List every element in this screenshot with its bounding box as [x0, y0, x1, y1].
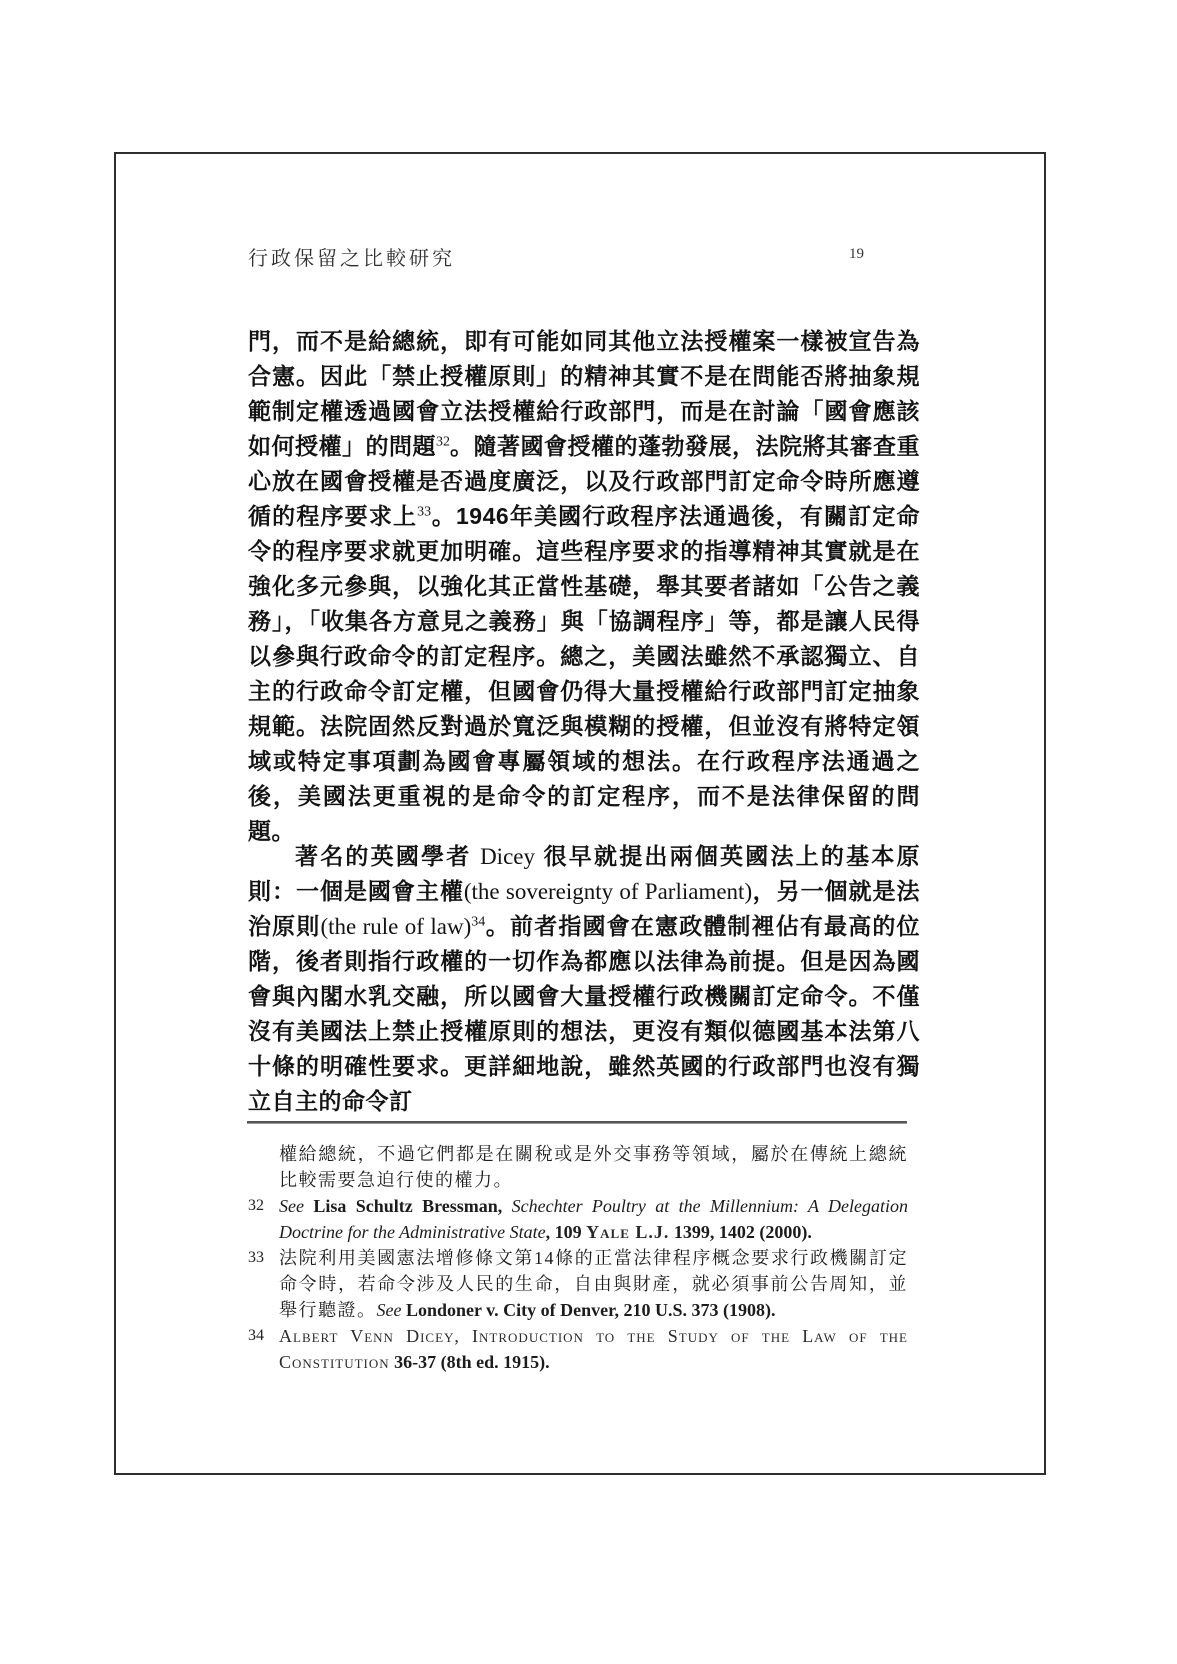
- footnote-34-number: 34: [248, 1323, 264, 1349]
- footnote-32-author: Lisa Schultz Bressman,: [304, 1196, 512, 1216]
- footnote-separator-rule: [247, 1121, 907, 1124]
- body-paragraph-1: 門，而不是給總統，即有可能如同其他立法授權案一樣被宣告為合憲。因此「禁止授權原則…: [248, 324, 920, 849]
- footnote-ref-33: 33: [417, 504, 431, 519]
- footnote-33-signal: See: [377, 1300, 402, 1320]
- footnote-32-citation: 1399, 1402 (2000).: [669, 1222, 812, 1242]
- latin-term-rule-of-law: (the rule of law): [320, 914, 471, 939]
- footnote-ref-32: 32: [436, 434, 450, 449]
- latin-term-dicey: Dicey: [480, 844, 535, 869]
- footnote-ref-34: 34: [471, 914, 485, 929]
- paragraph-2-text: 著名的英國學者: [295, 843, 480, 869]
- footnote-32-citation: , 109: [546, 1222, 587, 1242]
- footnote-34-pages: 36-37 (8th ed. 1915).: [390, 1352, 550, 1372]
- footnote-32-signal: See: [279, 1196, 304, 1216]
- latin-term-sovereignty: (the sovereignty of Parliament): [464, 879, 752, 904]
- footnote-33-number: 33: [248, 1245, 264, 1271]
- footnote-continuation-text: 權給總統，不過它們都是在關稅或是外交事務等領域，屬於在傳統上總統比較需要急迫行使…: [279, 1144, 908, 1190]
- document-page: 行政保留之比較研究 19 門，而不是給總統，即有可能如同其他立法授權案一樣被宣告…: [0, 0, 1177, 1664]
- running-header-title: 行政保留之比較研究: [248, 242, 455, 271]
- paragraph-2-text: 。前者指國會在憲政體制裡佔有最高的位階，後者則指行政權的一切作為都應以法律為前提…: [248, 913, 920, 1114]
- footnote-continuation: 權給總統，不過它們都是在關稅或是外交事務等領域，屬於在傳統上總統比較需要急迫行使…: [279, 1141, 908, 1193]
- page-number: 19: [849, 246, 864, 263]
- footnote-34-smallcaps-citation: Albert Venn Dicey, Introduction to the S…: [279, 1326, 908, 1372]
- footnote-32-reporter: Yale L.J.: [586, 1222, 669, 1242]
- footnote-32: 32 See Lisa Schultz Bressman, Schechter …: [279, 1193, 908, 1245]
- footnote-34: 34 Albert Venn Dicey, Introduction to th…: [279, 1323, 908, 1375]
- footnote-32-number: 32: [248, 1193, 264, 1219]
- paragraph-1-text: 。1946年美國行政程序法通過後，有關訂定命令的程序要求就更加明確。這些程序要求…: [248, 503, 920, 844]
- footnote-33-case: Londoner v. City of Denver, 210 U.S. 373…: [401, 1300, 775, 1320]
- body-paragraph-2: 著名的英國學者 Dicey 很早就提出兩個英國法上的基本原則：一個是國會主權(t…: [248, 839, 920, 1119]
- footnotes-section: 權給總統，不過它們都是在關稅或是外交事務等領域，屬於在傳統上總統比較需要急迫行使…: [279, 1141, 908, 1375]
- footnote-33: 33 法院利用美國憲法增修條文第14條的正當法律程序概念要求行政機關訂定命令時，…: [279, 1245, 908, 1323]
